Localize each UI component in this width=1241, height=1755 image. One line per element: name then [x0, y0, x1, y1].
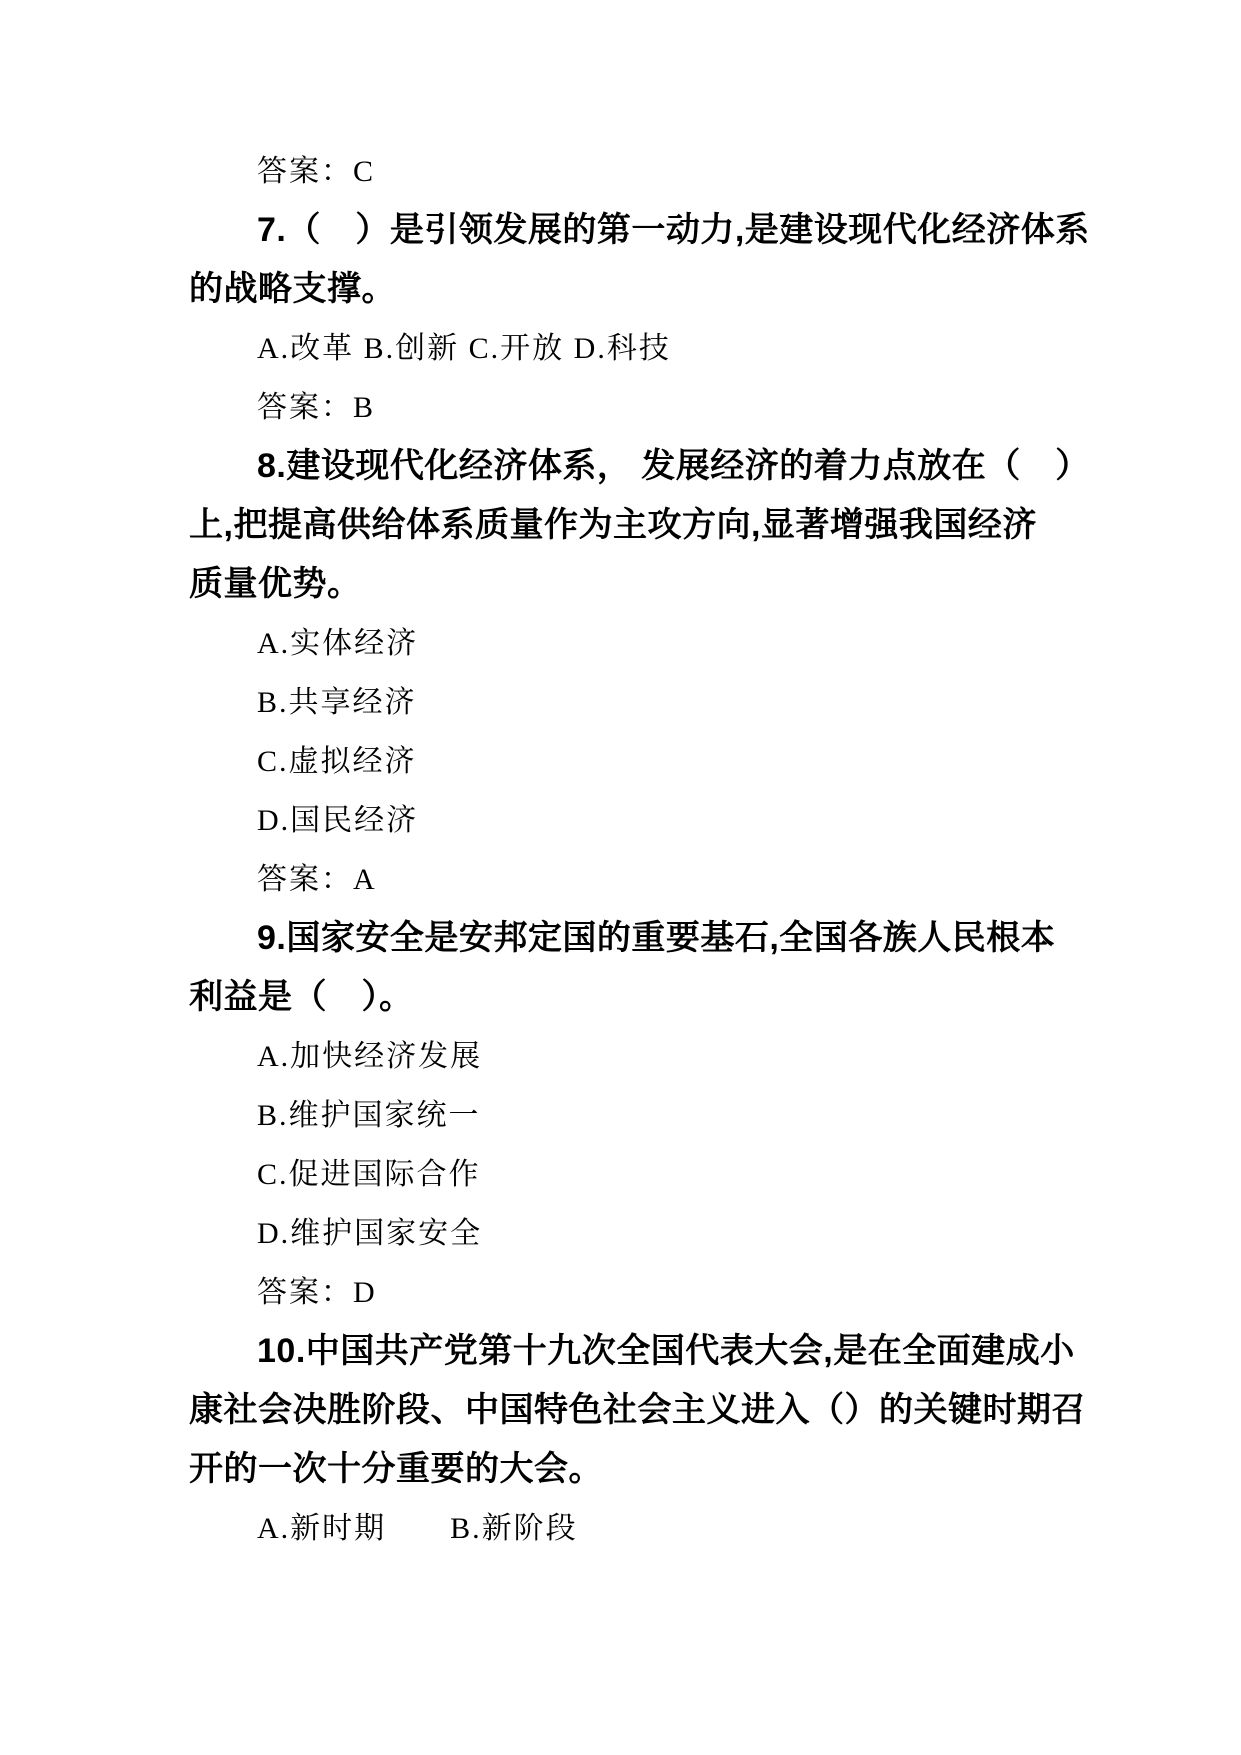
question-line: 10.中国共产党第十九次全国代表大会,是在全面建成小: [189, 1322, 1069, 1381]
option-line: B.维护国家统一: [189, 1086, 1069, 1145]
question-continuation-line: 上,把提高供给体系质量作为主攻方向,显著增强我国经济: [189, 496, 1069, 555]
question-line: 9.国家安全是安邦定国的重要基石,全国各族人民根本: [189, 909, 1069, 968]
question-line: 8.建设现代化经济体系， 发展经济的着力点放在（ ）: [189, 437, 1069, 496]
answer-line: 答案：A: [189, 850, 1069, 909]
option-line: C.虚拟经济: [189, 732, 1069, 791]
options-line: A.改革 B.创新 C.开放 D.科技: [189, 319, 1069, 378]
option-line: C.促进国际合作: [189, 1145, 1069, 1204]
document-page: 答案：C7.（ ）是引领发展的第一动力,是建设现代化经济体系的战略支撑。A.改革…: [0, 0, 1241, 1755]
question-line: 7.（ ）是引领发展的第一动力,是建设现代化经济体系: [189, 201, 1069, 260]
document-content: 答案：C7.（ ）是引领发展的第一动力,是建设现代化经济体系的战略支撑。A.改革…: [189, 142, 1069, 1558]
question-continuation-line: 利益是（ ）。: [189, 968, 1069, 1027]
answer-line: 答案：D: [189, 1263, 1069, 1322]
option-line: D.国民经济: [189, 791, 1069, 850]
question-continuation-line: 质量优势。: [189, 555, 1069, 614]
answer-line: 答案：B: [189, 378, 1069, 437]
answer-line: 答案：C: [189, 142, 1069, 201]
options-line: A.新时期 B.新阶段: [189, 1499, 1069, 1558]
question-continuation-line: 的战略支撑。: [189, 260, 1069, 319]
option-line: A.实体经济: [189, 614, 1069, 673]
question-continuation-line: 康社会决胜阶段、中国特色社会主义进入（）的关键时期召: [189, 1381, 1069, 1440]
question-continuation-line: 开的一次十分重要的大会。: [189, 1440, 1069, 1499]
option-line: D.维护国家安全: [189, 1204, 1069, 1263]
option-line: B.共享经济: [189, 673, 1069, 732]
option-line: A.加快经济发展: [189, 1027, 1069, 1086]
